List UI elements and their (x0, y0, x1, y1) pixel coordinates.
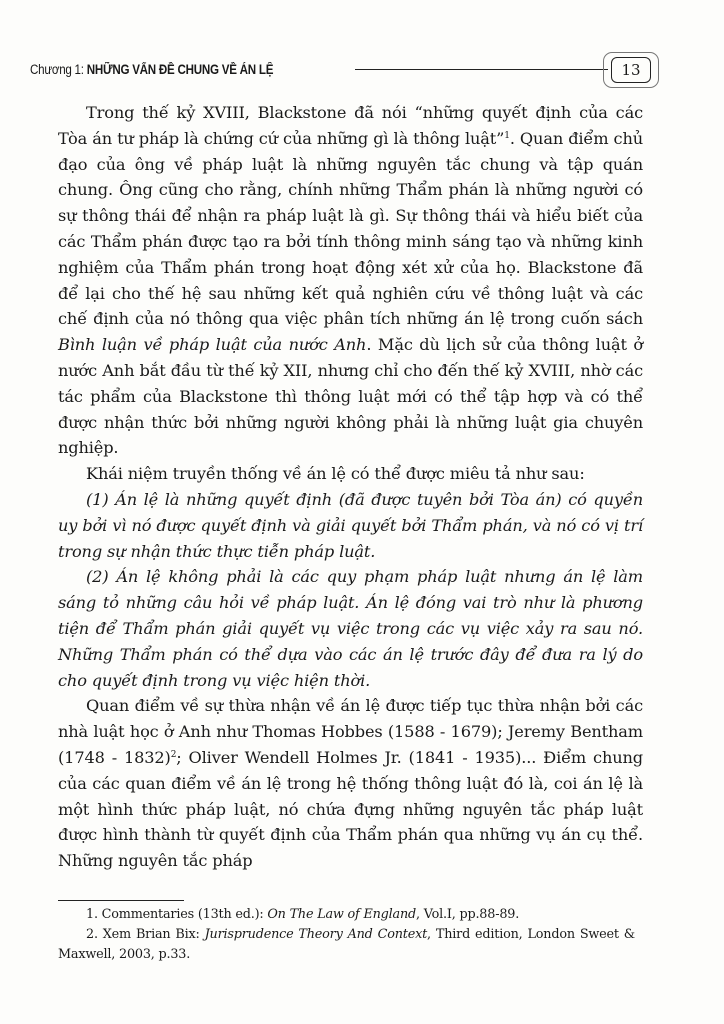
chapter-title: NHỮNG VẤN ĐỀ CHUNG VỀ ÁN LỆ (87, 62, 274, 77)
footnote-2: 2. Xem Brian Bix: Jurisprudence Theory A… (58, 925, 635, 965)
footnote-title: Jurisprudence Theory And Context (205, 927, 427, 942)
chapter-prefix: Chương 1: (30, 62, 87, 77)
paragraph-blackstone: Trong thế kỷ XVIII, Blackstone đã nói “n… (58, 100, 643, 461)
running-header: Chương 1: NHỮNG VẤN ĐỀ CHUNG VỀ ÁN LỆ 13 (30, 52, 630, 86)
paragraph-point-1: (1) Án lệ là những quyết định (đã được t… (58, 487, 643, 564)
footnotes: 1. Commentaries (13th ed.): On The Law o… (58, 905, 635, 965)
paragraph-recognition: Quan điểm về sự thừa nhận về án lệ được … (58, 693, 643, 874)
paragraph-point-2: (2) Án lệ không phải là các quy phạm phá… (58, 564, 643, 693)
footnote-1: 1. Commentaries (13th ed.): On The Law o… (58, 905, 635, 925)
book-title: Bình luận về pháp luật của nước Anh (58, 335, 366, 354)
paragraph-concept-intro: Khái niệm truyền thống về án lệ có thể đ… (58, 461, 643, 487)
header-rule (355, 69, 608, 70)
text-run: . Quan điểm chủ đạo của ông về pháp luật… (58, 129, 643, 329)
footnote-title: On The Law of England (267, 907, 416, 922)
body-text: Trong thế kỷ XVIII, Blackstone đã nói “n… (58, 100, 643, 874)
footnote-tail: , Vol.I, pp.88-89. (416, 907, 519, 922)
page-number-frame: 13 (603, 52, 659, 88)
chapter-heading: Chương 1: NHỮNG VẤN ĐỀ CHUNG VỀ ÁN LỆ (30, 62, 273, 77)
footnote-lead: 2. Xem Brian Bix: (86, 927, 205, 942)
page-number: 13 (611, 57, 651, 83)
footnote-separator (58, 900, 184, 901)
footnote-lead: 1. Commentaries (13th ed.): (86, 907, 267, 922)
